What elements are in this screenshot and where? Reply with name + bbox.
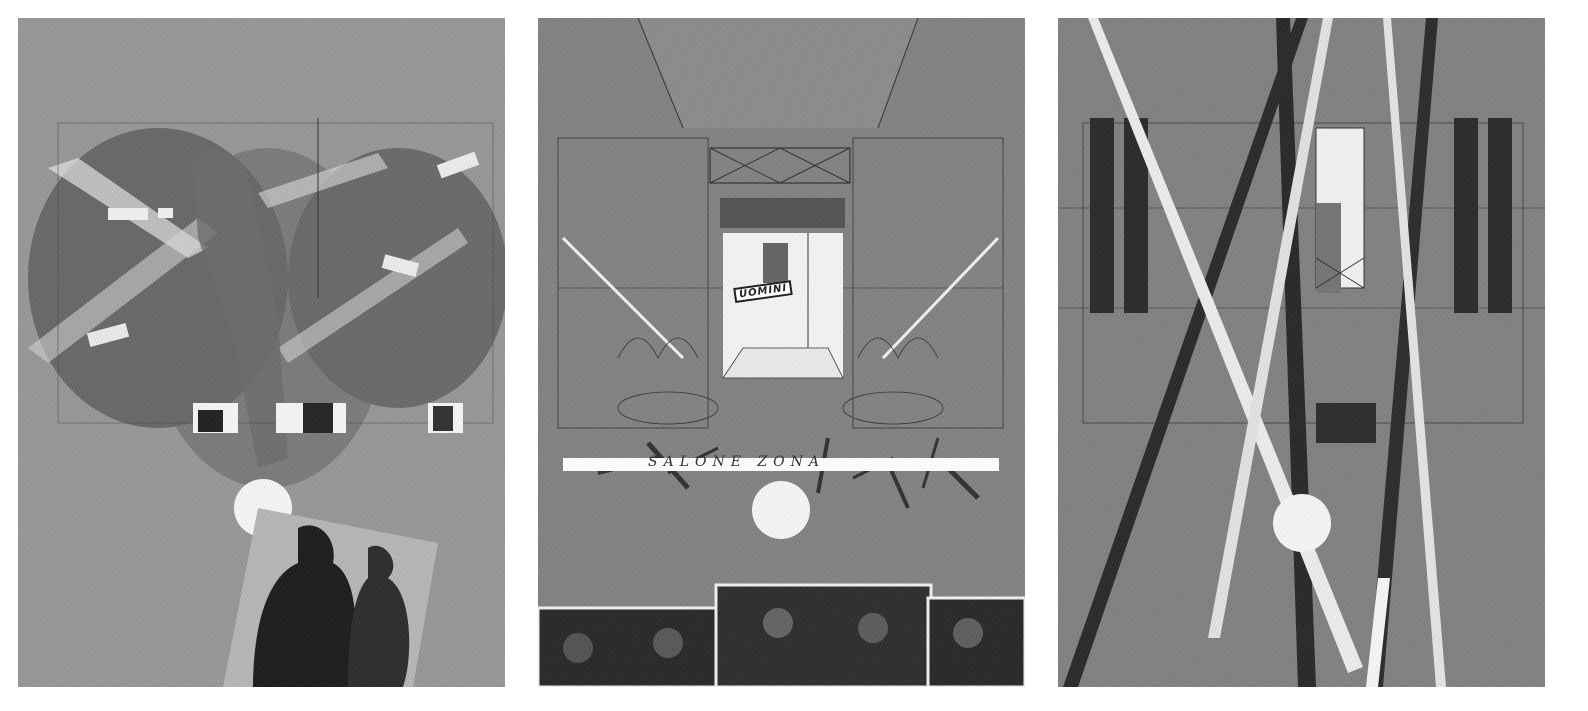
sketch-artwork	[18, 18, 505, 687]
banner-text: SALONE ZONA	[648, 454, 825, 470]
bars-drawing	[1058, 18, 1545, 687]
panel-hall-perspective: UOMINI SALONE ZONA	[538, 18, 1025, 687]
panel-crossing-bars	[1058, 18, 1545, 687]
hall-drawing	[538, 18, 1025, 687]
panel-sketch-collage	[18, 18, 505, 687]
